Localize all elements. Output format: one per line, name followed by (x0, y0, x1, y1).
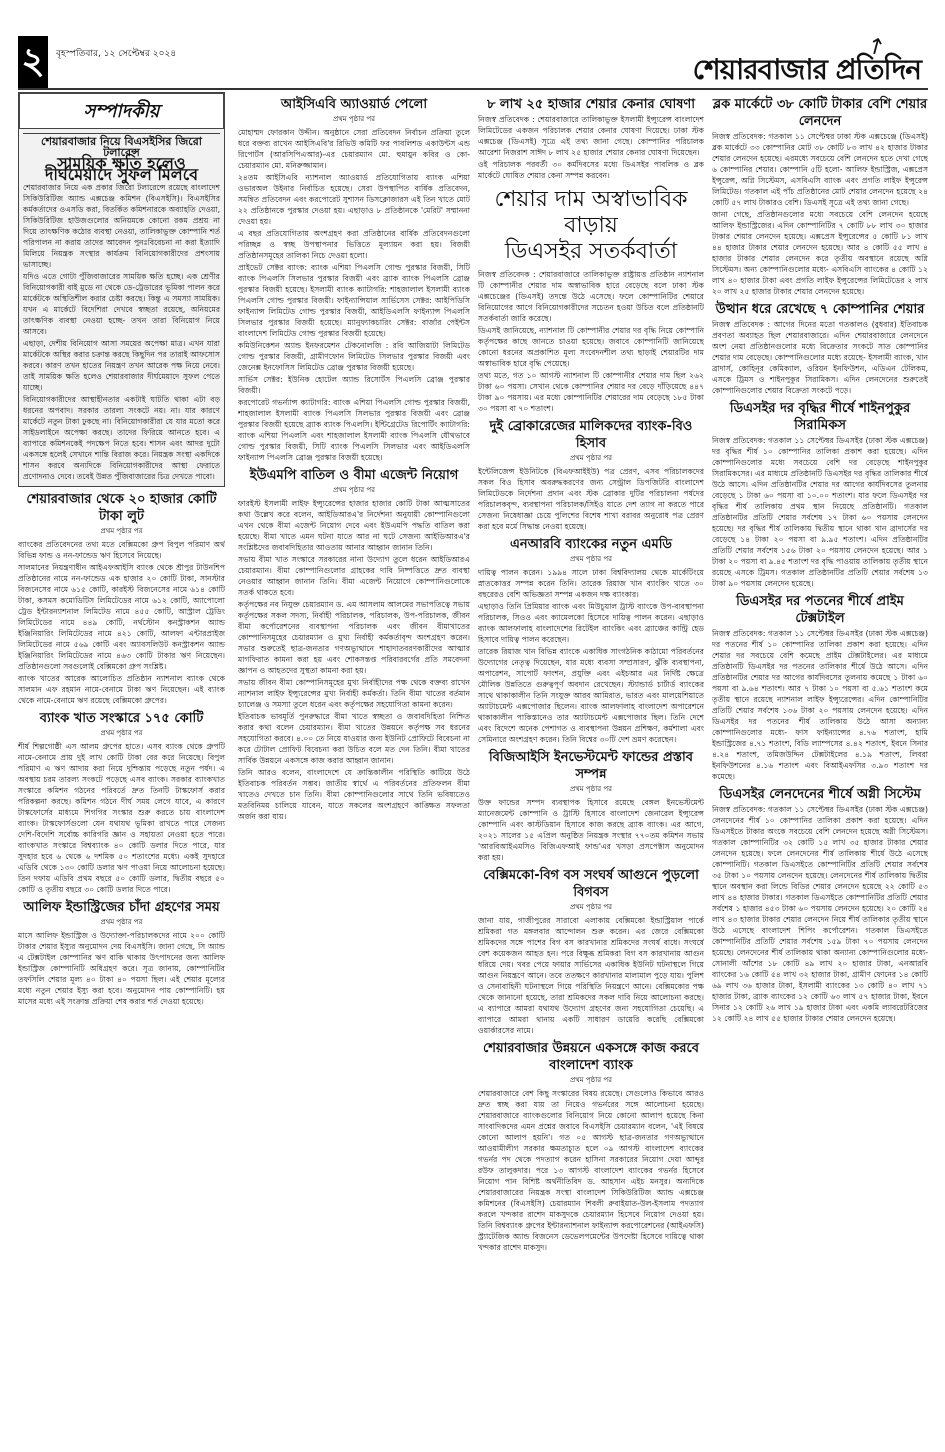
article-paragraph: নিজস্ব প্রতিবেদক : আগের দিনের মতো গতকালও… (712, 319, 928, 396)
article-headline: বেক্সিমকো-বিগ বস সংঘর্ষ আগুনে পুড়লো বিগ… (478, 867, 704, 901)
article-paragraph: নিজস্ব প্রতিবেদক : শেয়ারবাজারে তালিকাভু… (478, 269, 704, 324)
article-headline: ব্লক মার্কেটে ৩৮ কোটি টাকার বেশি শেয়ার … (712, 96, 928, 130)
article-paragraph: নিজস্ব প্রতিবেদক: গতকাল ১১ সেপ্টেম্বর ডি… (712, 628, 928, 782)
article-headline: এনআরবি ব্যাংকের নতুন এমডি (478, 536, 704, 553)
article-headline: আলিফ ইন্ডাস্ট্রিজের চাঁদা গ্রহণের সময় (18, 899, 225, 916)
article-paragraph: ইন্টেলিজেন্স ইউনিটকে (বিএফআইইউ) পত্র প্র… (478, 466, 704, 532)
article-paragraph: ফারইস্ট ইসলামী লাইফ ইন্স্যুরেন্সের হাজার… (238, 498, 470, 553)
article-paragraph: কমিউনিকেশন অ্যান্ড ইনফরমেশন টেকনোলজি : র… (238, 340, 470, 373)
issue-date: বৃহস্পতিবার, ১২ সেপ্টেম্বর ২০২৪ (56, 46, 176, 61)
article-paragraph: নিজস্ব প্রতিবেদক: গতকাল ১১ সেপ্টেম্বর ডি… (712, 804, 928, 1024)
editorial-box: সম্পাদকীয় শেয়ারবাজার নিয়ে বিএসইসির জি… (18, 92, 225, 487)
article-paragraph: ২৪তম আইসিএবি ন্যাশনাল অ্যাওয়ার্ড প্রতিয… (238, 172, 470, 227)
article-paragraph: এ বছর প্রতিযোগিতায় অংশগ্রহণ করা প্রতিষ্… (238, 228, 470, 261)
page-number: ২ (18, 36, 48, 88)
column-4: ব্লক মার্কেটে ৩৮ কোটি টাকার বেশি শেয়ার … (712, 92, 928, 1432)
article-paragraph: শীর্ষ শিল্পগোষ্ঠী এস আলম গ্রুপের হাতে। এ… (18, 741, 225, 895)
article-paragraph: ব্যাংকের প্রতিবেদনের তথ্য মতে বেক্সিমকো … (18, 539, 225, 561)
article-paragraph: দায়িত্ব পালন করেন। ১৯৯৪ সালে ঢাকা বিশ্ব… (478, 567, 704, 600)
article-paragraph: সভায় জীবন বীমা কোম্পানিসমূহের মুখ্য নির… (238, 677, 470, 710)
article-paragraph: তথ্য মতে, গত ১০ আগস্ট ন্যাশনাল টি কোম্পা… (478, 370, 704, 414)
article-paragraph: শেয়ারবাজারে বেশ কিছু সংস্কারের বিষয় রয… (478, 1088, 704, 1253)
article-paragraph: তিনি আরও বলেন, বাংলাদেশে যে ক্রান্তিকালী… (238, 767, 470, 822)
continued-label: প্রথম পৃষ্ঠার পর (478, 554, 704, 565)
continued-label: প্রথম পৃষ্ঠার পর (478, 784, 704, 795)
article-paragraph: সার্ভিস সেক্টর: ইউনিক হোটেল অ্যান্ড রিসো… (238, 374, 470, 396)
lead-headline: শেয়ার দাম অস্বাভাবিক বাড়ায় ডিএসইর সতর… (478, 187, 704, 265)
continued-label: প্রথম পৃষ্ঠার পর (18, 728, 225, 739)
lead-headline-line2: ডিএসইর সতর্কবার্তা (478, 239, 704, 265)
continued-label: প্রথম পৃষ্ঠার পর (478, 1075, 704, 1086)
continued-label: প্রথম পৃষ্ঠার পর (18, 526, 225, 537)
article-headline: উত্থান ধরে রেখেছে ৭ কোম্পানির শেয়ার (712, 301, 928, 318)
article-paragraph: ওই পরিচালক পরবর্তী ৩০ কর্মদিবসের মধ্যে ড… (478, 159, 704, 181)
article-headline: বিজিআইসি ইনভেস্টমেন্ট ফান্ডের প্রস্তাব স… (478, 749, 704, 783)
article-headline: আইসিএবি অ্যাওয়ার্ড পেলো (238, 96, 470, 113)
article-headline: ডিএসইর দর বৃদ্ধির শীর্ষে শাইনপুকুর সিরাম… (712, 400, 928, 434)
article-paragraph: ইতিবাচক ভাবমূর্তি পুনরুদ্ধারে বীমা খাতে … (238, 711, 470, 766)
article-headline: ডিএসইর দর পতনের শীর্ষে প্রাইম টেক্সটাইল (712, 593, 928, 627)
article-paragraph: নিজস্ব প্রতিবেদক: গতকাল ১১ সেপ্টেম্বর ঢা… (712, 131, 928, 208)
column-3: ৮ লাখ ২৫ হাজার শেয়ার কেনার ঘোষণা নিজস্ব… (478, 92, 704, 1432)
article-headline: শেয়ারবাজার থেকে ২০ হাজার কোটি টাকা লুট (18, 491, 225, 525)
article-paragraph: নিজস্ব প্রতিবেদক: গতকাল ১১ সেপ্টেম্বর ডি… (712, 435, 928, 589)
article-paragraph: করপোরেট গভর্ন্যান্স ক্যাটাগরি: ব্যাংক এশ… (238, 397, 470, 463)
continued-label: প্রথম পৃষ্ঠার পর (238, 114, 470, 125)
article-paragraph: জানা যায়, গাজীপুরের সারাবো এলাকায় বেক্… (478, 915, 704, 1036)
editorial-paragraph: যদিও এতে গোটা পুঁজিবাজারের সাময়িক ক্ষতি… (23, 271, 220, 337)
column-2: আইসিএবি অ্যাওয়ার্ড পেলো প্রথম পৃষ্ঠার প… (238, 92, 470, 1432)
article-paragraph: প্রাইভেট সেক্টর ব্যাংক: ব্যাংক এশিয়া পি… (238, 262, 470, 339)
article-headline: ডিএসইর লেনদেনের শীর্ষে অগ্নী সিস্টেম (712, 786, 928, 803)
article-paragraph: তারেক রিয়াজ খান বিভিন্ন ব্যাংকে একাধিক … (478, 646, 704, 745)
column-editorial: সম্পাদকীয় শেয়ারবাজার নিয়ে বিএসইসির জি… (18, 92, 225, 1432)
masthead-divider (18, 88, 928, 90)
article-paragraph: কর্তৃপক্ষের নব নিযুক্ত চেয়ারম্যান ড. এম… (238, 599, 470, 676)
continued-label: প্রথম পৃষ্ঠার পর (478, 453, 704, 464)
article-paragraph: এছাড়াও তিনি প্রিমিয়ার ব্যাংক এবং মিউচু… (478, 601, 704, 645)
article-paragraph: উক্ত ফান্ডের সম্পদ ব্যবস্থাপক হিসাবে রয়… (478, 797, 704, 863)
continued-label: প্রথম পৃষ্ঠার পর (478, 902, 704, 913)
editorial-banner: সম্পাদকীয় (19, 93, 224, 129)
article-paragraph: ব্যাংক খাতের আরেক আলোচিত প্রতিষ্ঠান ন্যা… (18, 673, 225, 706)
article-headline: ব্যাংক খাত সংস্কারে ১৭৫ কোটি (18, 710, 225, 727)
article-headline: ইউএমপি বাতিল ও বীমা এজেন্ট নিয়োগ (238, 467, 470, 484)
continued-label: প্রথম পৃষ্ঠার পর (18, 917, 225, 928)
article-headline: ৮ লাখ ২৫ হাজার শেয়ার কেনার ঘোষণা (478, 96, 704, 113)
article-headline: শেয়ারবাজার উন্নয়নে একসঙ্গে কাজ করবে বা… (478, 1040, 704, 1074)
lead-headline-line1: শেয়ার দাম অস্বাভাবিক বাড়ায় (478, 187, 704, 239)
editorial-paragraph: এছাড়া, দেশীয় বিনিয়োগ আসা সময়ের অপেক্… (23, 338, 220, 393)
masthead: ২ বৃহস্পতিবার, ১২ সেপ্টেম্বর ২০২৪ ↗ শেয়… (0, 0, 945, 90)
article-paragraph: ডিএসই জানিয়েছে, ন্যাশনাল টি কোম্পানীর শ… (478, 325, 704, 369)
editorial-paragraph: শেয়ারবাজার নিয়ে এক প্রকার জিরো টলারেন্… (23, 182, 220, 270)
article-headline: দুই ব্রোকারেজের মালিকদের ব্যাংক-বিও হিসা… (478, 418, 704, 452)
editorial-headline: সাময়িক ক্ষতি হলেও দীর্ঘমেয়াদে সুফল মিল… (23, 158, 220, 180)
editorial-paragraph: বিনিয়োগকারীদের আস্থাহীনতার একটাই ঘাটতি … (23, 394, 220, 482)
article-paragraph: নিজস্ব প্রতিবেদক : শেয়ারবাজারে তালিকাভু… (478, 114, 704, 158)
article-paragraph: সালমানের নিয়ন্ত্রণাধীন আইএফআইসি ব্যাংক … (18, 562, 225, 672)
continued-label: প্রথম পৃষ্ঠার পর (238, 485, 470, 496)
article-paragraph: মাসে আলিফ ইন্ডাস্ট্রিজ ও উদ্যোক্তা-পরিচা… (18, 930, 225, 1007)
article-paragraph: সভায় বীমা খাত সংস্কারে সরকারের নানা উদ্… (238, 554, 470, 598)
article-paragraph: মোহাম্মদ ফোরকান উদ্দীন। অনুষ্ঠানে সেরা প… (238, 127, 470, 171)
article-paragraph: জানা গেছে, প্রতিষ্ঠানগুলোর মধ্যে সবচেয়ে… (712, 209, 928, 297)
